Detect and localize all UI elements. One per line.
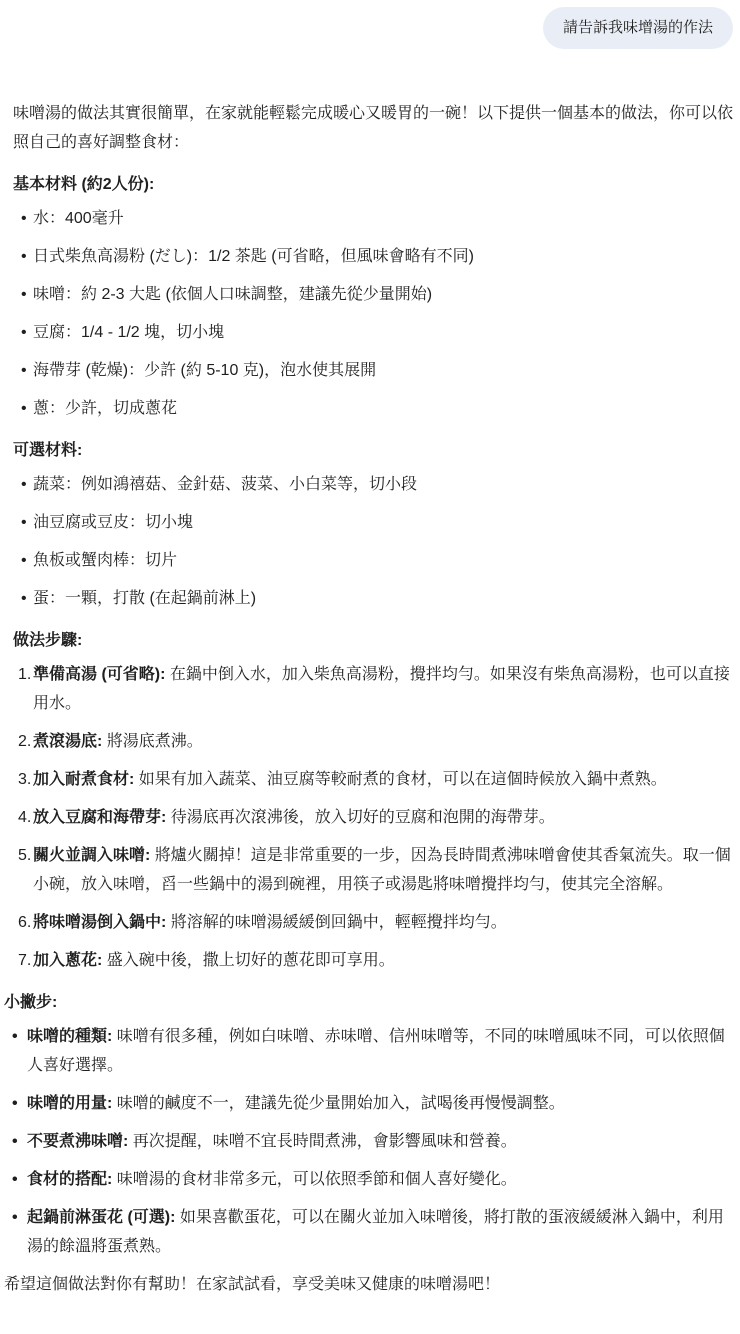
bullet-marker: • <box>21 280 33 309</box>
step-text: 放入豆腐和海帶芽: 待湯底再次滾沸後，放入切好的豆腐和泡開的海帶芽。 <box>33 803 740 832</box>
list-item: 7.加入蔥花: 盛入碗中後，撒上切好的蔥花即可享用。 <box>0 946 740 975</box>
user-message-row: 請告訴我味增湯的作法 <box>0 0 740 49</box>
tips-section: 小撇步: •味噌的種類: 味噌有很多種，例如白味噌、赤味噌、信州味噌等，不同的味… <box>0 988 740 1261</box>
ingredient-text: 日式柴魚高湯粉 (だし)：1/2 茶匙 (可省略，但風味會略有不同) <box>33 242 740 271</box>
bullet-marker: • <box>21 242 33 271</box>
step-lead: 將味噌湯倒入鍋中: <box>33 914 166 931</box>
intro-paragraph: 味噌湯的做法其實很簡單，在家就能輕鬆完成暖心又暖胃的一碗！以下提供一個基本的做法… <box>13 99 734 157</box>
bullet-marker: • <box>21 318 33 347</box>
step-number: 2. <box>18 727 33 756</box>
ingredient-text: 蔥：少許，切成蔥花 <box>33 394 740 423</box>
steps-list: 1.準備高湯 (可省略): 在鍋中倒入水，加入柴魚高湯粉，攪拌均勻。如果沒有柴魚… <box>0 660 740 975</box>
list-item: •味噌的種類: 味噌有很多種，例如白味噌、赤味噌、信州味噌等，不同的味噌風味不同… <box>0 1022 740 1080</box>
user-message-text: 請告訴我味增湯的作法 <box>563 19 713 36</box>
step-text: 準備高湯 (可省略): 在鍋中倒入水，加入柴魚高湯粉，攪拌均勻。如果沒有柴魚高湯… <box>33 660 740 718</box>
step-lead: 放入豆腐和海帶芽: <box>33 809 166 826</box>
tip-lead: 食材的搭配: <box>27 1171 112 1188</box>
tip-lead: 不要煮沸味噌: <box>27 1133 128 1150</box>
step-body: 待湯底再次滾沸後，放入切好的豆腐和泡開的海帶芽。 <box>171 809 555 826</box>
section-heading-tips: 小撇步: <box>4 988 740 1017</box>
bullet-marker: • <box>21 508 33 537</box>
assistant-response: 味噌湯的做法其實很簡單，在家就能輕鬆完成暖心又暖胃的一碗！以下提供一個基本的做法… <box>0 49 740 1299</box>
step-lead: 加入耐煮食材: <box>33 771 134 788</box>
bullet-marker: • <box>12 1127 27 1156</box>
step-body: 將湯底煮沸。 <box>107 733 203 750</box>
tip-body: 再次提醒，味噌不宜長時間煮沸，會影響風味和營養。 <box>133 1133 517 1150</box>
list-item: •味噌的用量: 味噌的鹹度不一，建議先從少量開始加入，試喝後再慢慢調整。 <box>0 1089 740 1118</box>
tips-list: •味噌的種類: 味噌有很多種，例如白味噌、赤味噌、信州味噌等，不同的味噌風味不同… <box>0 1022 740 1261</box>
list-item: •味噌：約 2-3 大匙 (依個人口味調整，建議先從少量開始) <box>0 280 740 309</box>
bullet-marker: • <box>21 394 33 423</box>
tip-text: 食材的搭配: 味噌湯的食材非常多元，可以依照季節和個人喜好變化。 <box>27 1165 740 1194</box>
list-item: 4.放入豆腐和海帶芽: 待湯底再次滾沸後，放入切好的豆腐和泡開的海帶芽。 <box>0 803 740 832</box>
tip-body: 味噌有很多種，例如白味噌、赤味噌、信州味噌等，不同的味噌風味不同，可以依照個人喜… <box>27 1028 725 1074</box>
ingredient-text: 海帶芽 (乾燥)：少許 (約 5-10 克)，泡水使其展開 <box>33 356 740 385</box>
tip-lead: 味噌的用量: <box>27 1095 112 1112</box>
step-text: 將味噌湯倒入鍋中: 將溶解的味噌湯緩緩倒回鍋中，輕輕攪拌均勻。 <box>33 908 740 937</box>
chat-area: 請告訴我味增湯的作法 味噌湯的做法其實很簡單，在家就能輕鬆完成暖心又暖胃的一碗！… <box>0 0 740 1334</box>
bullet-marker: • <box>12 1022 27 1051</box>
optional-ingredients-list: •蔬菜：例如鴻禧菇、金針菇、菠菜、小白菜等，切小段 •油豆腐或豆皮：切小塊 •魚… <box>0 470 740 613</box>
step-number: 7. <box>18 946 33 975</box>
bullet-marker: • <box>12 1089 27 1118</box>
step-text: 煮滾湯底: 將湯底煮沸。 <box>33 727 740 756</box>
bullet-marker: • <box>21 204 33 233</box>
ingredient-text: 魚板或蟹肉棒：切片 <box>33 546 740 575</box>
ingredient-text: 味噌：約 2-3 大匙 (依個人口味調整，建議先從少量開始) <box>33 280 740 309</box>
list-item: 1.準備高湯 (可省略): 在鍋中倒入水，加入柴魚高湯粉，攪拌均勻。如果沒有柴魚… <box>0 660 740 718</box>
list-item: •豆腐：1/4 - 1/2 塊，切小塊 <box>0 318 740 347</box>
step-lead: 煮滾湯底: <box>33 733 102 750</box>
list-item: 2.煮滾湯底: 將湯底煮沸。 <box>0 727 740 756</box>
step-number: 6. <box>18 908 33 937</box>
ingredient-text: 豆腐：1/4 - 1/2 塊，切小塊 <box>33 318 740 347</box>
step-body: 將溶解的味噌湯緩緩倒回鍋中，輕輕攪拌均勻。 <box>171 914 507 931</box>
list-item: •油豆腐或豆皮：切小塊 <box>0 508 740 537</box>
step-body: 如果有加入蔬菜、油豆腐等較耐煮的食材，可以在這個時候放入鍋中煮熟。 <box>139 771 667 788</box>
list-item: •日式柴魚高湯粉 (だし)：1/2 茶匙 (可省略，但風味會略有不同) <box>0 242 740 271</box>
section-heading-steps: 做法步驟: <box>13 626 740 655</box>
list-item: 6.將味噌湯倒入鍋中: 將溶解的味噌湯緩緩倒回鍋中，輕輕攪拌均勻。 <box>0 908 740 937</box>
step-number: 1. <box>18 660 33 689</box>
list-item: 5.關火並調入味噌: 將爐火關掉！這是非常重要的一步，因為長時間煮沸味噌會使其香… <box>0 841 740 899</box>
step-text: 關火並調入味噌: 將爐火關掉！這是非常重要的一步，因為長時間煮沸味噌會使其香氣流… <box>33 841 740 899</box>
tip-lead: 味噌的種類: <box>27 1028 112 1045</box>
ingredient-text: 蛋：一顆，打散 (在起鍋前淋上) <box>33 584 740 613</box>
bullet-marker: • <box>21 546 33 575</box>
tip-text: 味噌的用量: 味噌的鹹度不一，建議先從少量開始加入，試喝後再慢慢調整。 <box>27 1089 740 1118</box>
bullet-marker: • <box>21 470 33 499</box>
list-item: •不要煮沸味噌: 再次提醒，味噌不宜長時間煮沸，會影響風味和營養。 <box>0 1127 740 1156</box>
step-number: 3. <box>18 765 33 794</box>
bullet-marker: • <box>12 1165 27 1194</box>
step-number: 4. <box>18 803 33 832</box>
closing-paragraph: 希望這個做法對你有幫助！在家試試看，享受美味又健康的味噌湯吧！ <box>4 1270 730 1299</box>
basic-ingredients-list: •水：400毫升 •日式柴魚高湯粉 (だし)：1/2 茶匙 (可省略，但風味會略… <box>0 204 740 423</box>
tip-text: 味噌的種類: 味噌有很多種，例如白味噌、赤味噌、信州味噌等，不同的味噌風味不同，… <box>27 1022 740 1080</box>
ingredient-text: 蔬菜：例如鴻禧菇、金針菇、菠菜、小白菜等，切小段 <box>33 470 740 499</box>
list-item: •魚板或蟹肉棒：切片 <box>0 546 740 575</box>
ingredient-text: 油豆腐或豆皮：切小塊 <box>33 508 740 537</box>
step-lead: 加入蔥花: <box>33 952 102 969</box>
step-body: 盛入碗中後，撒上切好的蔥花即可享用。 <box>107 952 395 969</box>
step-lead: 關火並調入味噌: <box>33 847 150 864</box>
step-number: 5. <box>18 841 33 870</box>
list-item: •海帶芽 (乾燥)：少許 (約 5-10 克)，泡水使其展開 <box>0 356 740 385</box>
bullet-marker: • <box>21 584 33 613</box>
section-heading-optional: 可選材料: <box>13 436 740 465</box>
tip-text: 不要煮沸味噌: 再次提醒，味噌不宜長時間煮沸，會影響風味和營養。 <box>27 1127 740 1156</box>
step-lead: 準備高湯 (可省略): <box>33 666 165 683</box>
list-item: •蔥：少許，切成蔥花 <box>0 394 740 423</box>
section-heading-basic: 基本材料 (約2人份): <box>13 170 740 199</box>
list-item: •蔬菜：例如鴻禧菇、金針菇、菠菜、小白菜等，切小段 <box>0 470 740 499</box>
list-item: •起鍋前淋蛋花 (可選): 如果喜歡蛋花，可以在關火並加入味噌後，將打散的蛋液緩… <box>0 1203 740 1261</box>
list-item: 3.加入耐煮食材: 如果有加入蔬菜、油豆腐等較耐煮的食材，可以在這個時候放入鍋中… <box>0 765 740 794</box>
list-item: •食材的搭配: 味噌湯的食材非常多元，可以依照季節和個人喜好變化。 <box>0 1165 740 1194</box>
tip-text: 起鍋前淋蛋花 (可選): 如果喜歡蛋花，可以在關火並加入味噌後，將打散的蛋液緩緩… <box>27 1203 740 1261</box>
tip-body: 味噌湯的食材非常多元，可以依照季節和個人喜好變化。 <box>117 1171 517 1188</box>
user-message-bubble: 請告訴我味增湯的作法 <box>543 7 733 49</box>
bullet-marker: • <box>12 1203 27 1232</box>
list-item: •水：400毫升 <box>0 204 740 233</box>
tip-lead: 起鍋前淋蛋花 (可選): <box>27 1209 175 1226</box>
tip-body: 味噌的鹹度不一，建議先從少量開始加入，試喝後再慢慢調整。 <box>117 1095 565 1112</box>
list-item: •蛋：一顆，打散 (在起鍋前淋上) <box>0 584 740 613</box>
ingredient-text: 水：400毫升 <box>33 204 740 233</box>
bullet-marker: • <box>21 356 33 385</box>
step-text: 加入蔥花: 盛入碗中後，撒上切好的蔥花即可享用。 <box>33 946 740 975</box>
step-text: 加入耐煮食材: 如果有加入蔬菜、油豆腐等較耐煮的食材，可以在這個時候放入鍋中煮熟… <box>33 765 740 794</box>
